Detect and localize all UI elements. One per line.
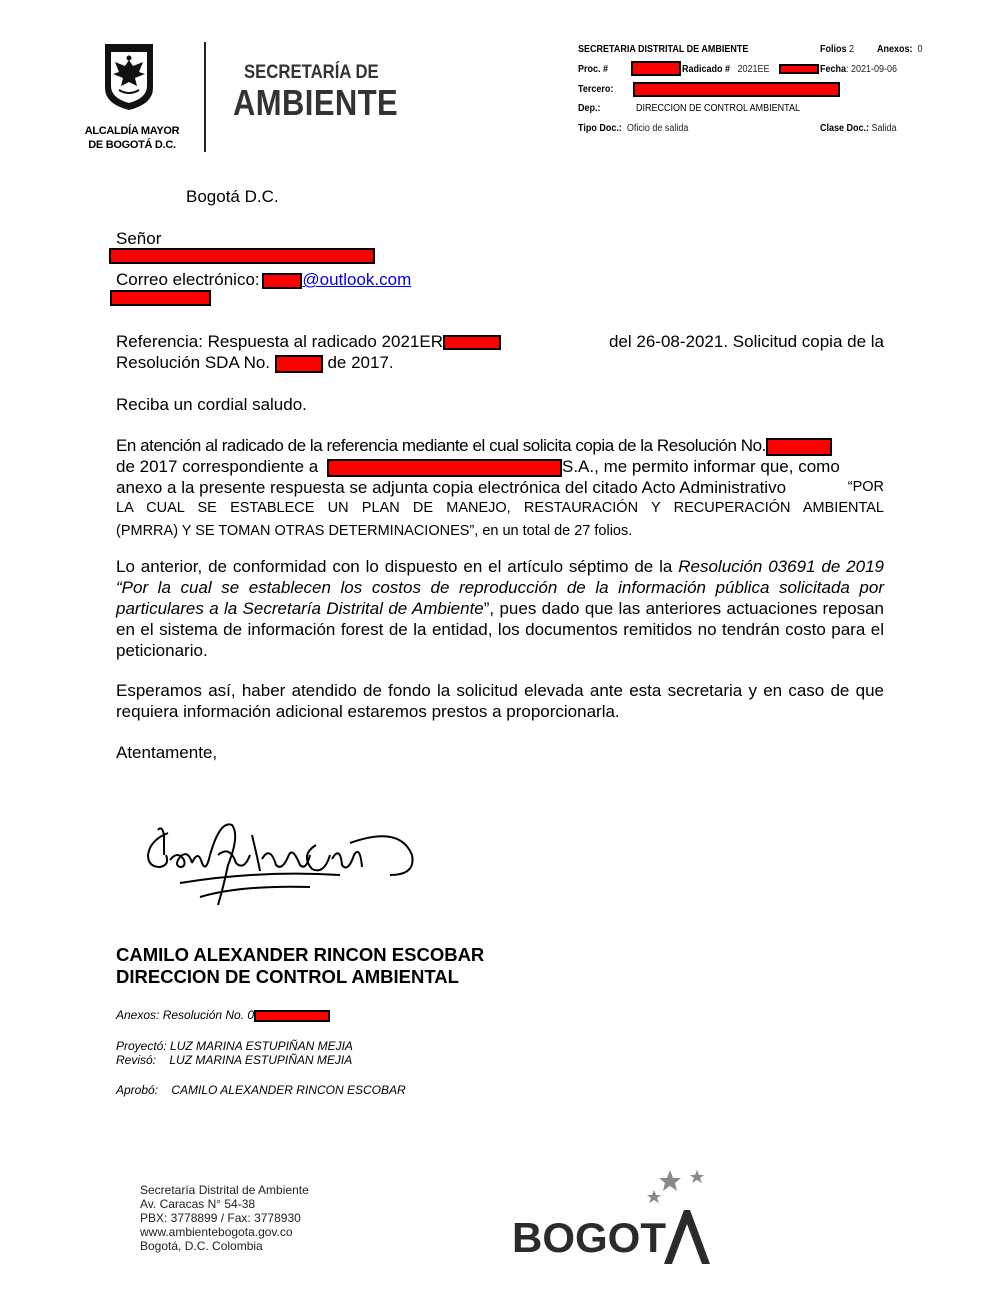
handwritten-signature	[140, 815, 430, 910]
redaction-anexo-resolution	[254, 1010, 330, 1022]
redaction-tercero	[633, 82, 840, 97]
footer-street: Av. Caracas N° 54-38	[140, 1197, 309, 1211]
closing: Atentamente,	[116, 742, 217, 763]
paragraph-1: En atención al radicado de la referencia…	[116, 435, 896, 542]
redaction-email-user	[262, 273, 302, 289]
alcaldia-line2: DE BOGOTÁ D.C.	[80, 138, 184, 152]
email-label: Correo electrónico:	[116, 270, 260, 289]
redaction-ref-radicado	[443, 335, 501, 350]
footer-phone: PBX: 3778899 / Fax: 3778930	[140, 1211, 309, 1225]
aprobo-line: Aprobó: CAMILO ALEXANDER RINCON ESCOBAR	[116, 1083, 406, 1097]
email-line: Correo electrónico: @outlook.com	[116, 269, 411, 290]
proyecto-line: Proyectó: LUZ MARINA ESTUPIÑAN MEJIA	[116, 1039, 353, 1053]
greeting: Reciba un cordial saludo.	[116, 394, 307, 415]
bogota-coat-of-arms-icon	[103, 42, 155, 112]
redaction-resolution-no	[275, 355, 323, 373]
signer-name: CAMILO ALEXANDER RINCON ESCOBAR	[116, 944, 484, 966]
signer-department: DIRECCION DE CONTROL AMBIENTAL	[116, 966, 459, 988]
redaction-address	[110, 290, 211, 306]
redaction-proc	[631, 61, 681, 76]
meta-tercero-label: Tercero:	[578, 84, 613, 95]
svg-text:BOGOT: BOGOT	[512, 1214, 666, 1261]
footer-org: Secretaría Distrital de Ambiente	[140, 1183, 309, 1197]
meta-dep-label: Dep.:	[578, 103, 601, 114]
logo-divider	[204, 42, 206, 152]
ambiente-title: AMBIENTE	[233, 82, 398, 124]
city-date: Bogotá D.C.	[186, 186, 279, 207]
footer-city: Bogotá, D.C. Colombia	[140, 1239, 309, 1253]
redaction-company-name	[327, 459, 562, 477]
bogota-logo: BOGOT	[512, 1168, 712, 1272]
redaction-radicado	[779, 64, 819, 74]
meta-clase-doc: Clase Doc.: Salida	[820, 123, 897, 134]
meta-anexos: Anexos: 0	[877, 44, 923, 55]
footer-address: Secretaría Distrital de Ambiente Av. Car…	[140, 1183, 309, 1253]
meta-entity: SECRETARIA DISTRITAL DE AMBIENTE	[578, 44, 748, 55]
secretaria-title: SECRETARÍA DE	[244, 62, 379, 84]
salutation-title: Señor	[116, 228, 161, 249]
paragraph-3: Esperamos así, haber atendido de fondo l…	[116, 680, 884, 722]
meta-folios: Folios 2	[820, 44, 854, 55]
star-icon	[659, 1170, 681, 1191]
meta-radicado: Radicado # 2021EE	[682, 64, 770, 75]
meta-tipo-doc: Tipo Doc.: Oficio de salida	[578, 123, 688, 134]
redaction-resolution-no-2	[766, 438, 832, 456]
meta-proc-label: Proc. #	[578, 64, 608, 75]
anexos-line: Anexos: Resolución No. 0	[116, 1008, 330, 1022]
star-icon	[647, 1190, 661, 1203]
paragraph-2: Lo anterior, de conformidad con lo dispu…	[116, 556, 884, 661]
footer-website: www.ambientebogota.gov.co	[140, 1225, 309, 1239]
star-icon	[690, 1170, 704, 1183]
email-link[interactable]: @outlook.com	[302, 270, 411, 289]
meta-fecha: Fecha: 2021-09-06	[820, 64, 897, 75]
alcaldia-label: ALCALDÍA MAYOR DE BOGOTÁ D.C.	[80, 124, 184, 152]
reference-paragraph: Referencia: Respuesta al radicado 2021ER…	[116, 331, 884, 373]
redaction-recipient-name	[109, 248, 375, 264]
meta-dep-value: DIRECCION DE CONTROL AMBIENTAL	[636, 103, 800, 114]
alcaldia-line1: ALCALDÍA MAYOR	[80, 124, 184, 138]
reviso-line: Revisó: LUZ MARINA ESTUPIÑAN MEJIA	[116, 1053, 352, 1067]
